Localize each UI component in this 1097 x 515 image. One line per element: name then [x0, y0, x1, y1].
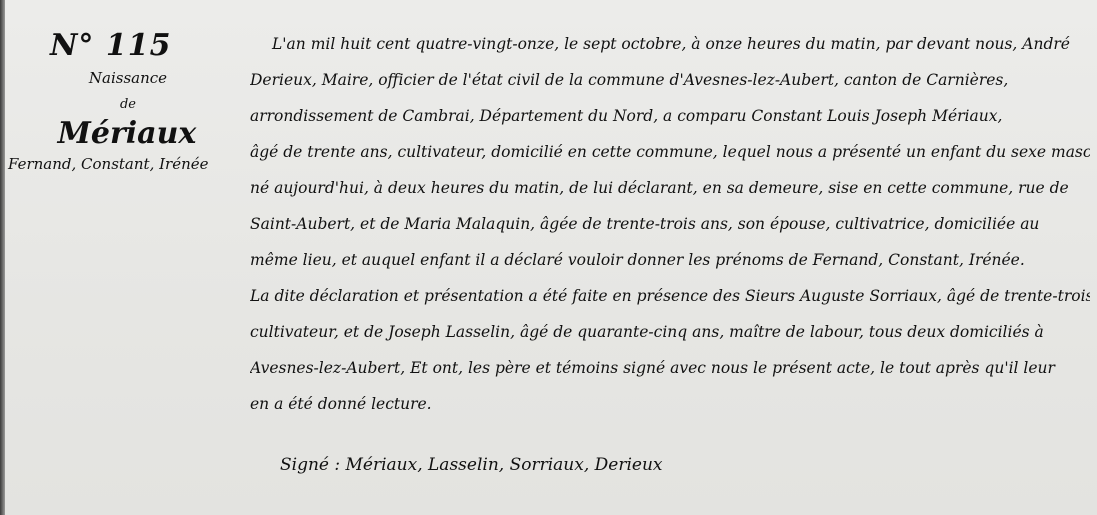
register-page: N° 115 Naissance de Mériaux Fernand, Con…: [0, 0, 1097, 515]
body-line: cultivateur, et de Joseph Lasselin, âgé …: [250, 314, 1090, 350]
body-line: né aujourd'hui, à deux heures du matin, …: [250, 170, 1090, 206]
body-line: en a été donné lecture.: [250, 386, 1090, 422]
act-number: N° 115: [50, 28, 234, 63]
body-line: même lieu, et auquel enfant il a déclaré…: [250, 242, 1090, 278]
act-preposition: de: [22, 97, 234, 112]
body-line: Avesnes-lez-Aubert, Et ont, les père et …: [250, 350, 1090, 386]
body-line: Derieux, Maire, officier de l'état civil…: [250, 62, 1090, 98]
act-type: Naissance: [22, 69, 234, 87]
margin-annotation: N° 115 Naissance de Mériaux Fernand, Con…: [6, 28, 234, 173]
body-line: L'an mil huit cent quatre-vingt-onze, le…: [250, 26, 1090, 62]
child-surname: Mériaux: [20, 116, 234, 151]
signatures-line: Signé : Mériaux, Lasselin, Sorriaux, Der…: [280, 455, 662, 475]
act-body: L'an mil huit cent quatre-vingt-onze, le…: [250, 26, 1090, 422]
page-edge-shadow: [0, 0, 5, 515]
body-line: Saint-Aubert, et de Maria Malaquin, âgée…: [250, 206, 1090, 242]
body-line: La dite déclaration et présentation a ét…: [250, 278, 1090, 314]
body-line: arrondissement de Cambrai, Département d…: [250, 98, 1090, 134]
child-given-names: Fernand, Constant, Irénée: [6, 155, 234, 173]
body-line: âgé de trente ans, cultivateur, domicili…: [250, 134, 1090, 170]
